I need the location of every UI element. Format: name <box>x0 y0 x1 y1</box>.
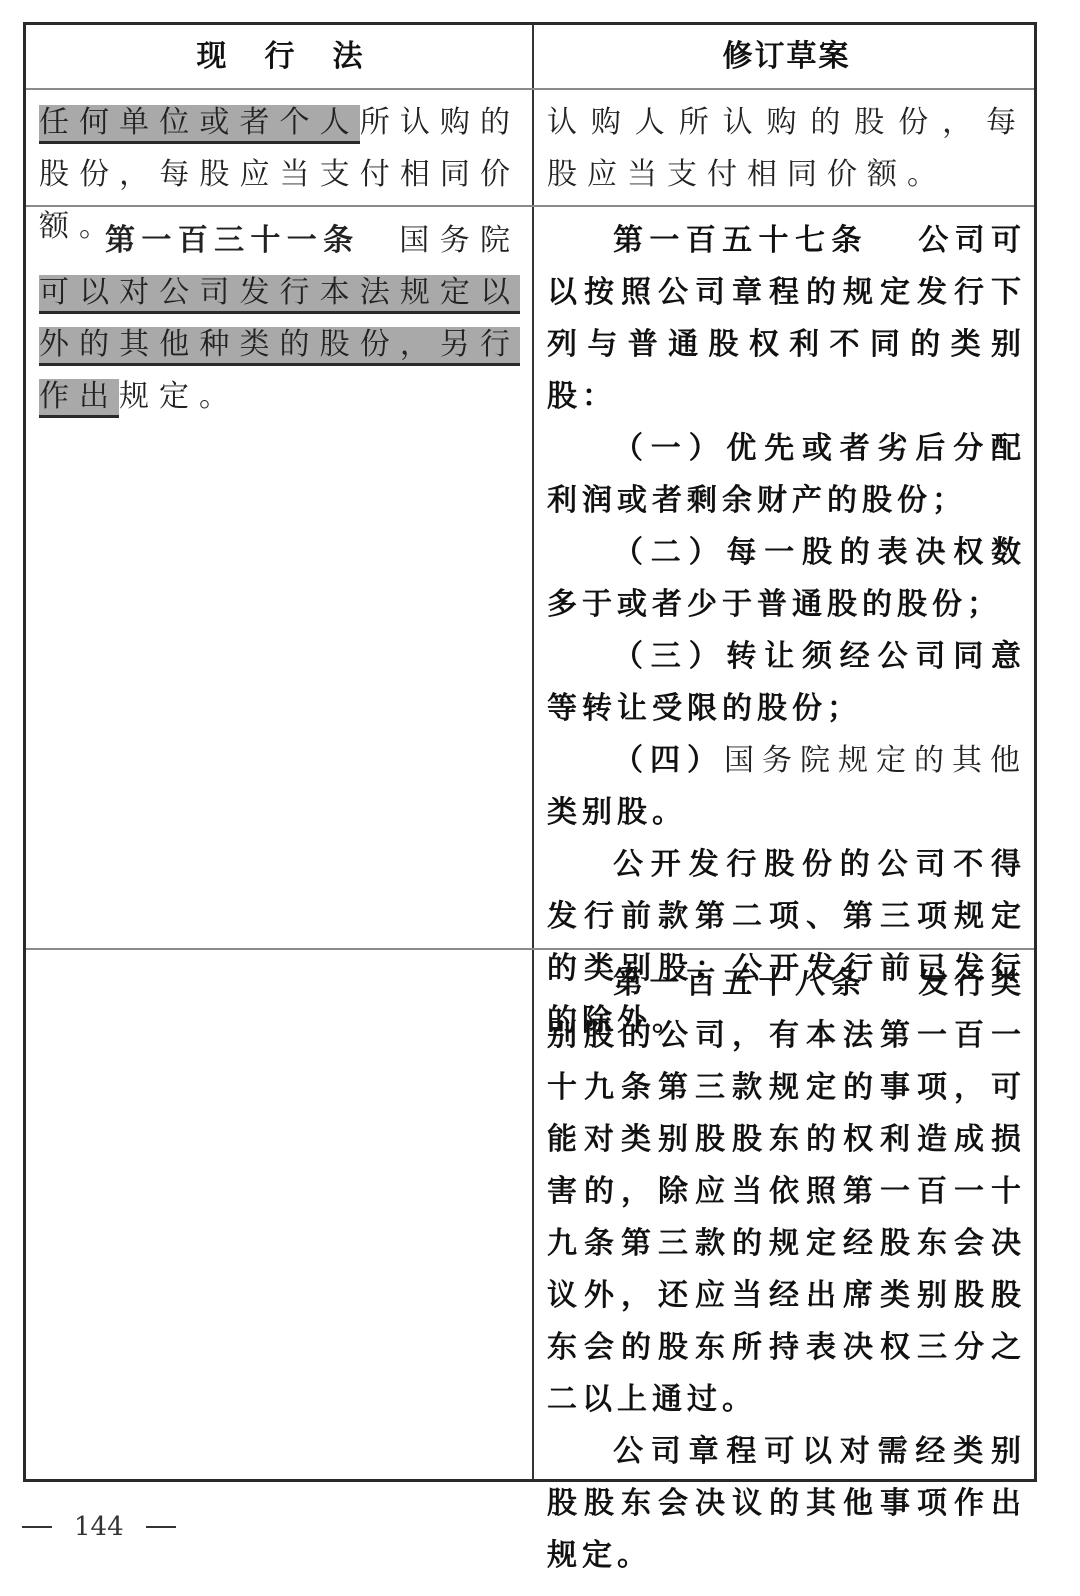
article-number: 第一百五十七条 <box>613 223 868 258</box>
row2-draft: 第一百五十七条 公司可以按照公司章程的规定发行下列与普通股权利不同的类别股： （… <box>534 215 1034 1047</box>
row-divider <box>26 205 1034 207</box>
article-158-closing: 公司章程可以对需经类别股股东会决议的其他事项作出规定。 <box>547 1426 1026 1582</box>
header-draft: 修订草案 <box>534 25 1034 88</box>
header-draft-label: 修订草案 <box>547 25 1026 89</box>
highlighted-text: 任何单位或者个人 <box>39 105 360 144</box>
row1-draft-text: 认购人所认购的股份，每股应当支付相同价额。 <box>547 97 1026 201</box>
article-131-text: 第一百三十一条 国务院可以对公司发行本法规定以外的其他种类的股份，另行作出规定。 <box>39 215 520 423</box>
article-157-item-2: （二）每一股的表决权数多于或者少于普通股的股份； <box>547 527 1026 631</box>
article-number: 第一百三十一条 <box>105 223 360 258</box>
row2-current-law: 第一百三十一条 国务院可以对公司发行本法规定以外的其他种类的股份，另行作出规定。 <box>26 215 532 423</box>
article-157-item-4: （四）国务院规定的其他类别股。 <box>547 735 1026 839</box>
article-number: 第一百五十八条 <box>613 966 868 1001</box>
page-number-value: 144 <box>74 1512 124 1542</box>
page-number: 144 <box>22 1512 176 1542</box>
row1-draft: 认购人所认购的股份，每股应当支付相同价额。 <box>534 97 1034 201</box>
article-158-body: 第一百五十八条 发行类别股的公司，有本法第一百一十九条第三款规定的事项，可能对类… <box>547 958 1026 1426</box>
comparison-table: 现行法 修订草案 任何单位或者个人所认购的股份，每股应当支付相同价额。 认购人所… <box>23 22 1037 1482</box>
article-157-item-3: （三）转让须经公司同意等转让受限的股份； <box>547 631 1026 735</box>
row-divider <box>26 88 1034 90</box>
row3-draft: 第一百五十八条 发行类别股的公司，有本法第一百一十九条第三款规定的事项，可能对类… <box>534 958 1034 1582</box>
highlighted-text: 可以对公司发行本法规定以外的其他种类的股份，另行作出 <box>39 275 520 418</box>
header-current-law-label: 现行法 <box>39 25 520 89</box>
article-157-item-1: （一）优先或者劣后分配利润或者剩余财产的股份； <box>547 423 1026 527</box>
article-157-intro: 第一百五十七条 公司可以按照公司章程的规定发行下列与普通股权利不同的类别股： <box>547 215 1026 423</box>
dash-left <box>22 1526 52 1528</box>
row-divider <box>26 948 1034 950</box>
dash-right <box>146 1526 176 1528</box>
header-current-law: 现行法 <box>26 25 532 88</box>
